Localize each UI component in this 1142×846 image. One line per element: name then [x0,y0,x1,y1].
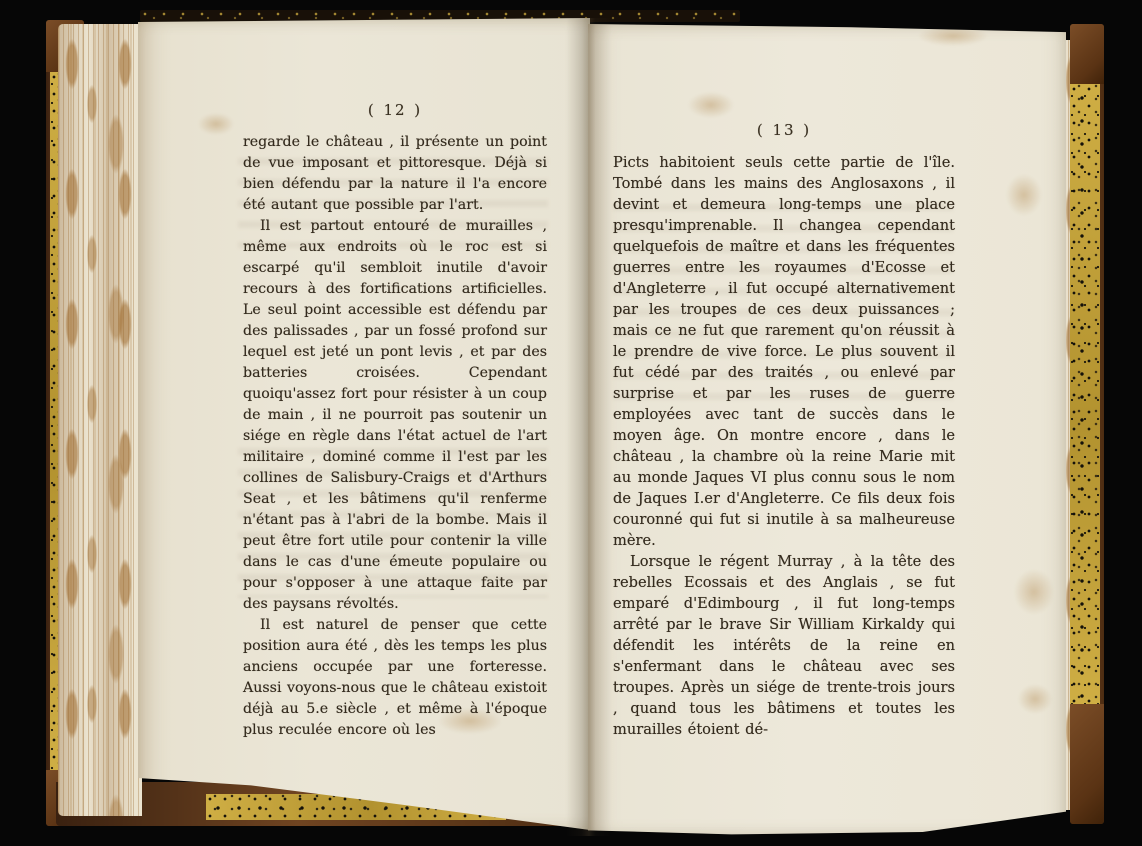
right-page: ( 13 ) Picts habitoient seuls cette part… [588,24,1066,836]
page-paragraph: Il est partout entouré de murailles , mê… [243,216,547,615]
page-paragraph: Lorsque le régent Murray , à la tête des… [613,551,955,740]
page-paragraph: regarde le château , il présente un poin… [243,132,547,216]
leather-corner-top-right [1070,24,1104,84]
page-paragraph: Il est naturel de penser que cette posit… [243,615,547,741]
foxing-stain [1006,174,1042,216]
foxing-stain [1018,684,1052,714]
page-number: ( 13 ) [613,120,955,141]
left-page-text: ( 12 ) regarde le château , il présente … [243,100,547,741]
marbled-paper-right [1070,84,1100,704]
right-cover-edge [1070,24,1104,824]
foxing-stain [1014,569,1054,615]
leather-corner-bottom-right [1070,704,1104,824]
page-number: ( 12 ) [243,100,547,121]
page-paragraph: Picts habitoient seuls cette partie de l… [613,152,955,551]
foxing-stain [688,92,734,118]
open-book-photo: ( 12 ) regarde le château , il présente … [0,0,1142,846]
foxing-stain [198,113,234,135]
right-page-text: ( 13 ) Picts habitoient seuls cette part… [613,120,955,740]
left-page-stack [58,24,142,816]
left-page: ( 12 ) regarde le château , il présente … [138,18,590,830]
foxing-stain [918,26,988,46]
